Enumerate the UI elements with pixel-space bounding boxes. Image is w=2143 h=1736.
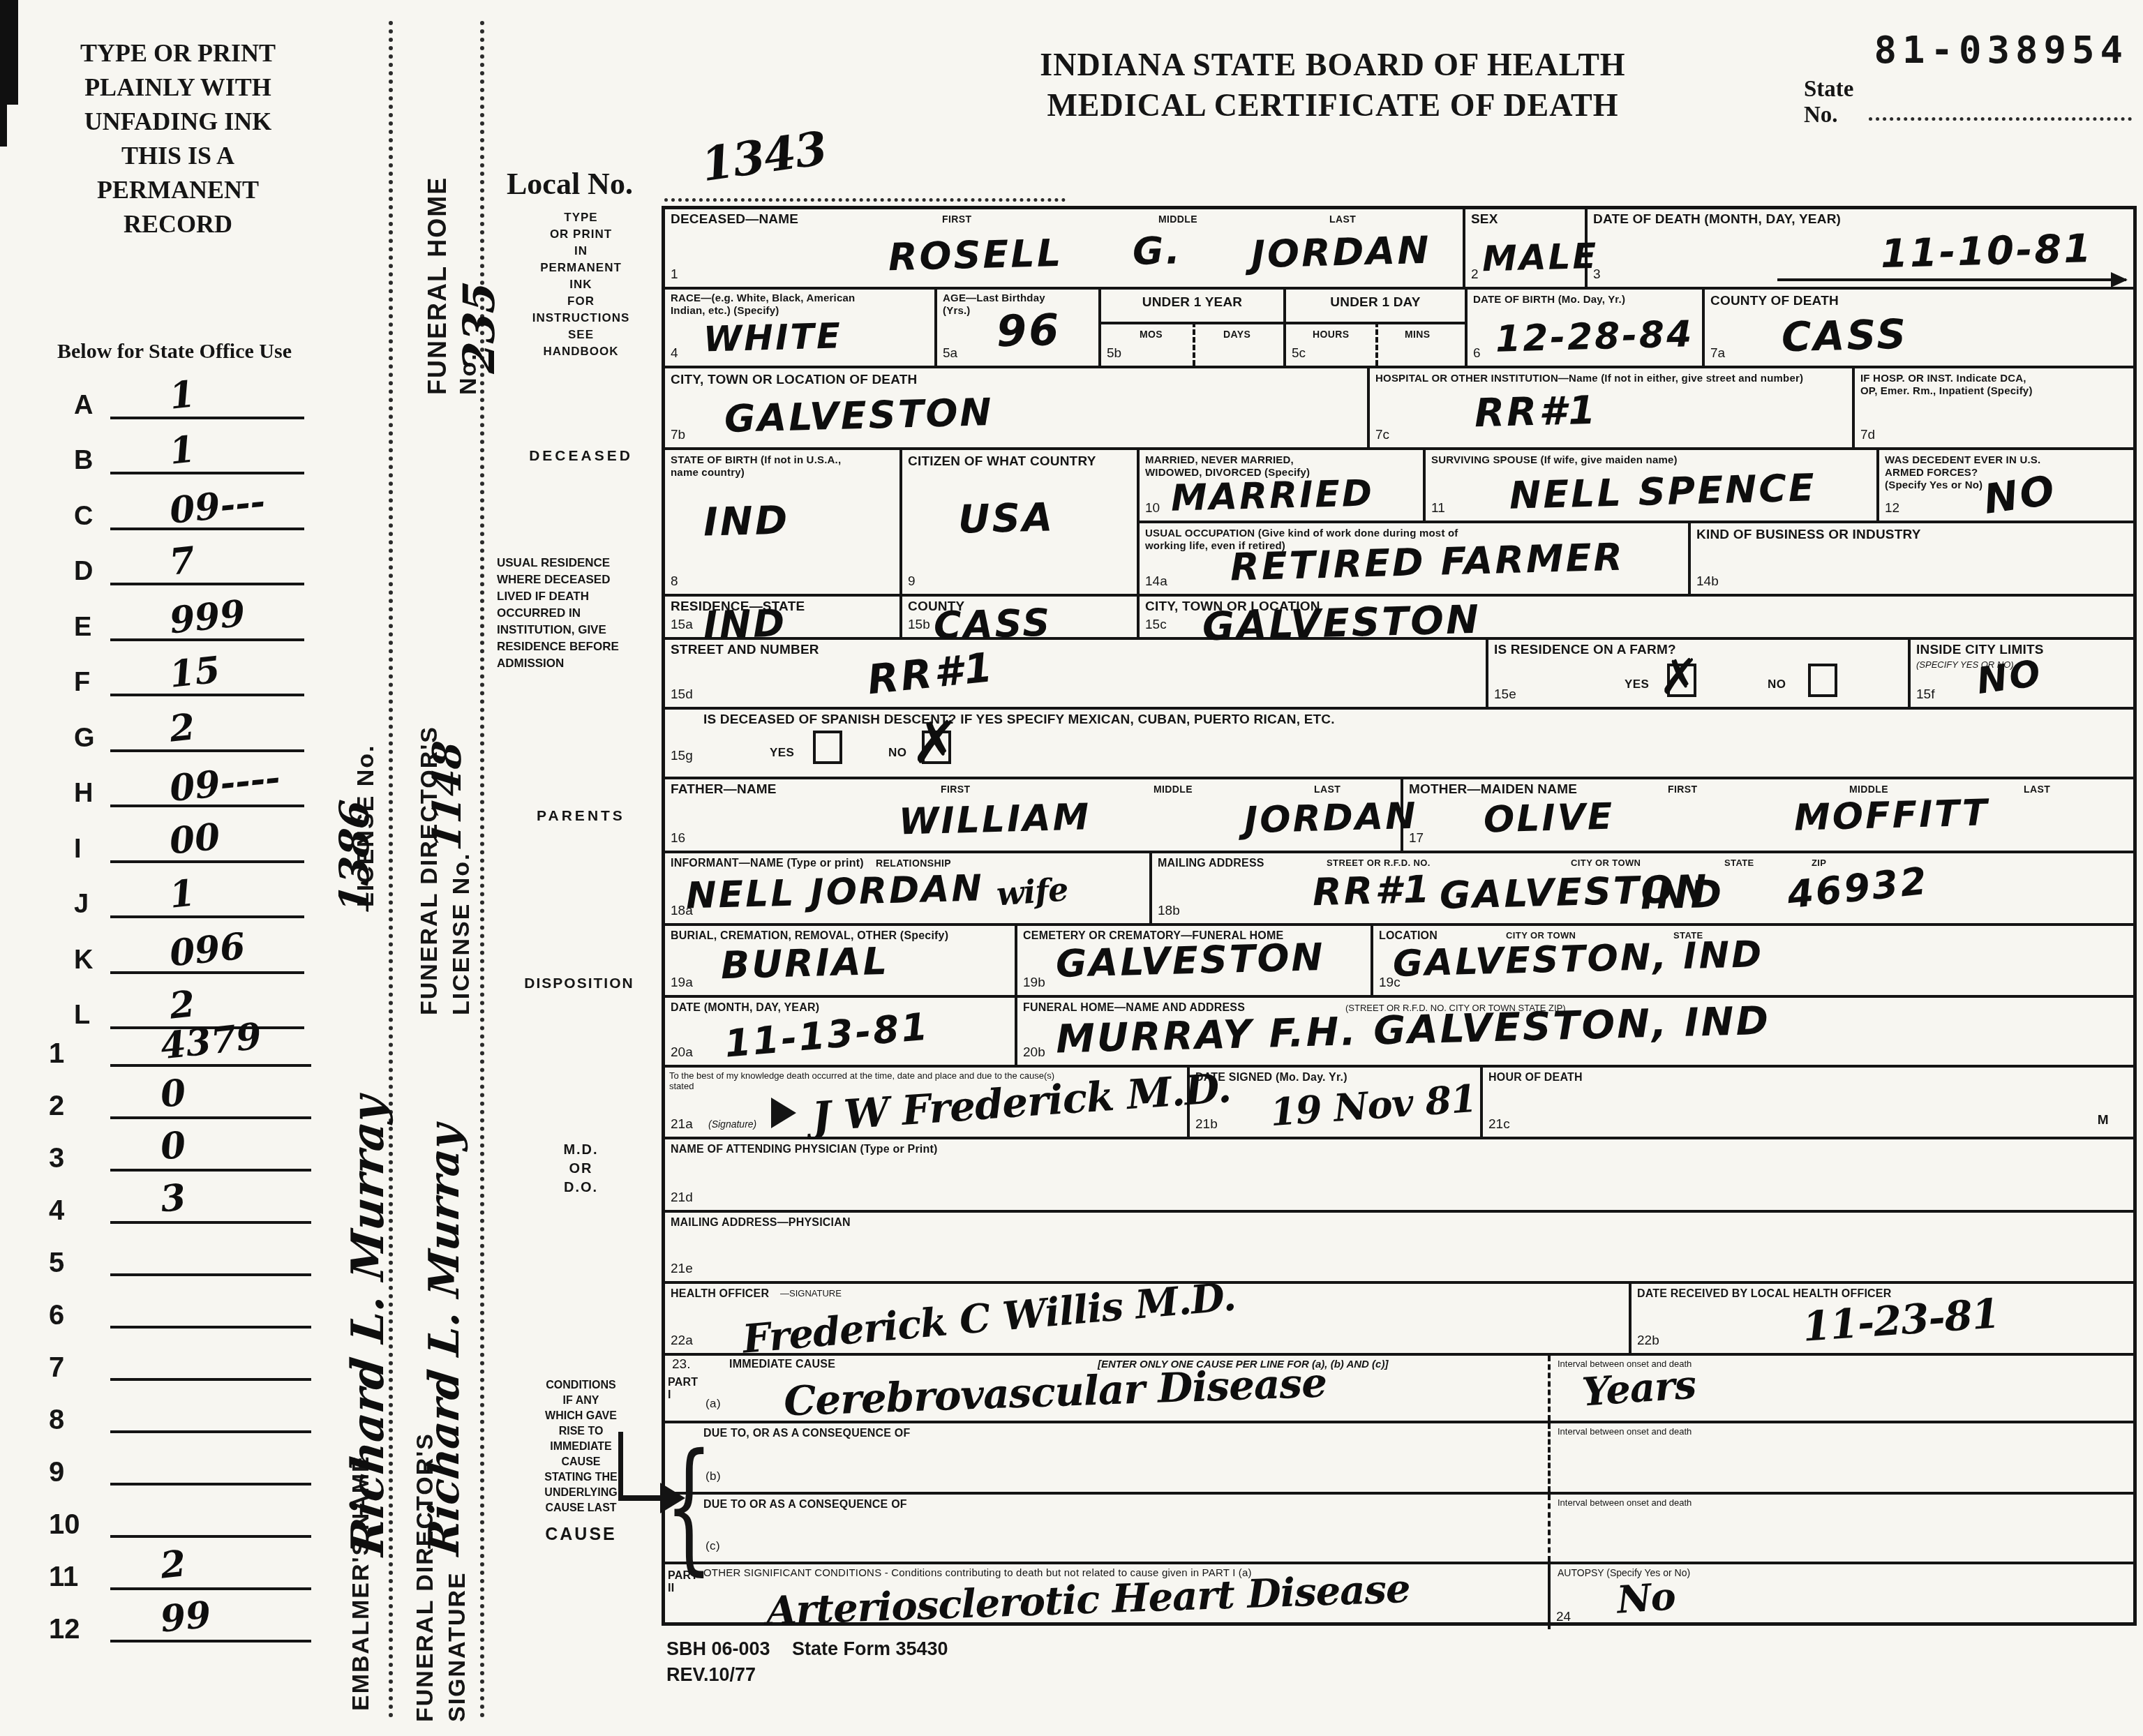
autopsy-column: AUTOPSY (Specify Yes or No) 24 No bbox=[1548, 1564, 2133, 1629]
field-cause-b: DUE TO, OR AS A CONSEQUENCE OF (b) Inter… bbox=[665, 1423, 2133, 1495]
office-use-row: J1 bbox=[70, 873, 307, 929]
office-use-row-line bbox=[110, 1221, 311, 1224]
field-number: 5c bbox=[1292, 346, 1306, 361]
field-armed-forces: WAS DECEDENT EVER IN U.S. ARMED FORCES? … bbox=[1879, 450, 2133, 523]
middle-label: MIDDLE bbox=[1158, 214, 1197, 225]
sidebar-usual-residence: USUAL RESIDENCE WHERE DECEASED LIVED IF … bbox=[497, 555, 664, 672]
office-use-row-line bbox=[110, 417, 304, 419]
local-no-value: 1343 bbox=[698, 121, 830, 192]
citizen-label: CITIZEN OF WHAT COUNTRY bbox=[908, 454, 1117, 470]
spanish-yes-label: YES bbox=[770, 746, 794, 760]
page-title-line2: MEDICAL CERTIFICATE OF DEATH bbox=[893, 87, 1772, 124]
office-use-row: K096 bbox=[70, 928, 307, 984]
field-number: 18b bbox=[1158, 904, 1180, 919]
field-residence-state: RESIDENCE—STATE 15a IND bbox=[665, 597, 902, 640]
office-use-row-label: 10 bbox=[49, 1509, 80, 1541]
part1-label: PART I bbox=[668, 1377, 698, 1402]
funeral-home-label: FUNERAL HOME bbox=[423, 123, 452, 395]
sidebar-parents: PARENTS bbox=[499, 808, 663, 825]
cause-arrow-bar bbox=[618, 1495, 662, 1501]
field-number: 6 bbox=[1473, 346, 1481, 361]
field-cemetery: CEMETERY OR CREMATORY—FUNERAL HOME 19b G… bbox=[1017, 926, 1373, 998]
field-city-limits: INSIDE CITY LIMITS (SPECIFY YES OR NO) 1… bbox=[1911, 640, 2133, 710]
office-use-row: 5 bbox=[49, 1232, 314, 1285]
field-deceased-name: DECEASED—NAME FIRST MIDDLE LAST 1 ROSELL… bbox=[665, 209, 1465, 290]
spanish-yes-checkbox bbox=[813, 731, 842, 764]
office-use-row-value: 09---- bbox=[167, 756, 282, 810]
office-use-row-value: 00 bbox=[167, 815, 222, 862]
office-use-row-label: G bbox=[74, 724, 95, 754]
residence-city-value: GALVESTON bbox=[1202, 597, 1481, 650]
office-use-row-value: 0 bbox=[158, 1071, 188, 1116]
location-value: GALVESTON, IND bbox=[1392, 934, 1764, 985]
field-number: 21c bbox=[1488, 1117, 1510, 1132]
mother-label: MOTHER—MAIDEN NAME bbox=[1409, 782, 1577, 798]
field-location: LOCATION CITY OR TOWN STATE 19c GALVESTO… bbox=[1373, 926, 2133, 998]
field-marital-status: MARRIED, NEVER MARRIED, WIDOWED, DIVORCE… bbox=[1140, 450, 1426, 523]
field-father-name: FATHER—NAME FIRST MIDDLE LAST 16 WILLIAM… bbox=[665, 779, 1403, 853]
state-office-use-label: Below for State Office Use bbox=[28, 340, 321, 364]
office-use-row-line bbox=[110, 915, 304, 918]
office-use-row-label: C bbox=[74, 502, 93, 532]
middle-label: MIDDLE bbox=[1153, 784, 1193, 795]
office-use-row-value: 096 bbox=[167, 925, 247, 975]
cemetery-value: GALVESTON bbox=[1055, 935, 1325, 986]
field-residence-county: COUNTY 15b CASS bbox=[902, 597, 1140, 640]
middle-name-value: G. bbox=[1132, 228, 1182, 274]
sidebar-cause: CAUSE bbox=[499, 1525, 663, 1545]
field-number: 16 bbox=[671, 831, 685, 846]
field-number: 19a bbox=[671, 975, 693, 991]
field-mother-name: MOTHER—MAIDEN NAME FIRST MIDDLE LAST 17 … bbox=[1403, 779, 2133, 853]
field-occupation: USUAL OCCUPATION (Give kind of work done… bbox=[1140, 523, 1691, 597]
field-number: 22a bbox=[671, 1333, 693, 1349]
field-number: 15f bbox=[1916, 687, 1934, 703]
field-other-conditions: PART II OTHER SIGNIFICANT CONDITIONS - C… bbox=[665, 1564, 2133, 1629]
field-number: 21b bbox=[1195, 1117, 1218, 1132]
county-of-death-value: CASS bbox=[1781, 310, 1909, 361]
health-officer-label: HEALTH OFFICER bbox=[671, 1287, 769, 1302]
burial-value: BURIAL bbox=[720, 939, 889, 987]
field-state-of-birth: STATE OF BIRTH (If not in U.S.A., name c… bbox=[665, 450, 902, 597]
office-use-row-label: F bbox=[74, 668, 90, 698]
field-number: 21a bbox=[671, 1117, 693, 1132]
hours-label: HOURS bbox=[1313, 329, 1350, 340]
age-value: 96 bbox=[996, 304, 1061, 357]
office-use-row-label: A bbox=[74, 391, 93, 421]
zip-label: ZIP bbox=[1812, 858, 1826, 868]
interval-label: Interval between onset and death bbox=[1558, 1497, 1692, 1508]
office-use-row: F15 bbox=[70, 651, 307, 707]
under-1-day-label: UNDER 1 DAY bbox=[1286, 295, 1465, 310]
field-immediate-cause: 23. PART I IMMEDIATE CAUSE [ENTER ONLY O… bbox=[665, 1356, 2133, 1423]
office-use-row-label: 7 bbox=[49, 1352, 64, 1384]
local-no-line bbox=[664, 198, 1066, 202]
sidebar-deceased: DECEASED bbox=[499, 448, 663, 465]
field-number: 9 bbox=[908, 574, 916, 590]
informant-value: NELL JORDAN bbox=[685, 867, 984, 917]
field-number: 2 bbox=[1471, 267, 1479, 283]
office-use-row-label: 5 bbox=[49, 1248, 64, 1279]
office-use-row-value: 09--- bbox=[167, 480, 267, 532]
burial-date-label: DATE (MONTH, DAY, YEAR) bbox=[671, 1001, 819, 1016]
cause-a-value: Cerebrovascular Disease bbox=[783, 1359, 1327, 1425]
office-use-row-value: 999 bbox=[167, 592, 247, 642]
citizen-value: USA bbox=[957, 495, 1055, 543]
sidebar-md-do: M.D. OR D.O. bbox=[499, 1141, 663, 1197]
field-spanish-descent: IS DECEASED OF SPANISH DESCENT? IF YES S… bbox=[665, 710, 2133, 779]
office-use-row-value: 1 bbox=[167, 428, 197, 472]
hour-m-label: M bbox=[2098, 1113, 2109, 1128]
deceased-name-label: DECEASED—NAME bbox=[671, 212, 798, 227]
days-label: DAYS bbox=[1223, 329, 1250, 340]
field-number: 7b bbox=[671, 428, 685, 443]
interval-label: Interval between onset and death bbox=[1558, 1426, 1692, 1437]
field-number: 15c bbox=[1145, 618, 1167, 633]
informant-label: INFORMANT—NAME (Type or print) bbox=[671, 856, 864, 871]
office-use-row-label: 3 bbox=[49, 1143, 64, 1174]
mailing-street-value: RR#1 bbox=[1312, 867, 1432, 914]
office-use-row-value: 2 bbox=[158, 1542, 188, 1587]
page-title-line1: INDIANA STATE BOARD OF HEALTH bbox=[893, 46, 1772, 83]
office-use-row-line bbox=[110, 472, 304, 474]
office-use-row: 43 bbox=[49, 1180, 314, 1232]
office-use-row: A1 bbox=[70, 373, 307, 429]
cause-arrow-stem bbox=[618, 1432, 623, 1500]
field-hour-of-death: HOUR OF DEATH 21c M bbox=[1483, 1068, 2133, 1139]
office-use-row-label: I bbox=[74, 835, 82, 865]
physician-address-label: MAILING ADDRESS—PHYSICIAN bbox=[671, 1215, 851, 1231]
city-of-death-label: CITY, TOWN OR LOCATION OF DEATH bbox=[671, 373, 917, 388]
office-use-letter-rows: A1B1C09---D7E999F15G2H09----I00J1K096L2 bbox=[70, 373, 307, 1039]
mins-label: MINS bbox=[1405, 329, 1431, 340]
form-code: SBH 06-003 bbox=[666, 1638, 770, 1660]
embalmer-name-value: Richard L. Murray bbox=[342, 1093, 394, 1558]
form-revision: REV.10/77 bbox=[666, 1664, 756, 1686]
embalmer-license-value: 1386 bbox=[331, 798, 378, 916]
father-label: FATHER—NAME bbox=[671, 782, 777, 798]
field-citizen: CITIZEN OF WHAT COUNTRY 9 USA bbox=[902, 450, 1140, 597]
field-funeral-home: FUNERAL HOME—NAME AND ADDRESS (STREET OR… bbox=[1017, 998, 2133, 1068]
farm-yes-checkmark: ✗ bbox=[1659, 648, 1700, 705]
arrow-line bbox=[1777, 278, 2126, 281]
field-number: 7d bbox=[1860, 428, 1875, 443]
office-use-row: 6 bbox=[49, 1285, 314, 1337]
funeral-director-license-value: 1148 bbox=[424, 739, 470, 853]
office-use-row: 14379 bbox=[49, 1023, 314, 1075]
print-notice: TYPE OR PRINT PLAINLY WITH UNFADING INK … bbox=[38, 36, 318, 241]
office-use-row-label: 4 bbox=[49, 1195, 64, 1227]
farm-no-label: NO bbox=[1768, 678, 1786, 691]
last-name-value: JORDAN bbox=[1250, 228, 1431, 277]
first-name-value: ROSELL bbox=[888, 231, 1063, 280]
mailing-label: MAILING ADDRESS bbox=[1158, 856, 1264, 871]
health-officer-sub: —SIGNATURE bbox=[780, 1288, 842, 1299]
interval-column: Interval between onset and death bbox=[1548, 1495, 2133, 1562]
field-number: 15d bbox=[671, 687, 693, 703]
office-use-row-value: 4379 bbox=[158, 1015, 263, 1068]
office-use-row-label: 2 bbox=[49, 1091, 64, 1122]
office-use-row-label: E bbox=[74, 613, 91, 643]
business-label: KIND OF BUSINESS OR INDUSTRY bbox=[1696, 527, 1921, 543]
field-sex: SEX 2 MALE bbox=[1465, 209, 1588, 290]
father-last-value: JORDAN bbox=[1244, 795, 1418, 841]
office-use-row-line bbox=[110, 1430, 311, 1433]
armed-forces-value: NO bbox=[1981, 466, 2059, 523]
autopsy-value: No bbox=[1615, 1573, 1677, 1622]
residence-county-value: CASS bbox=[933, 601, 1052, 648]
field-date-signed: DATE SIGNED (Mo. Day. Yr.) 21b 19 Nov 81 bbox=[1190, 1068, 1483, 1139]
office-use-row-value: 1 bbox=[167, 373, 197, 417]
field-number: 12 bbox=[1885, 501, 1899, 516]
office-use-row-label: 9 bbox=[49, 1457, 64, 1488]
field-date-of-birth: DATE OF BIRTH (Mo. Day, Yr.) 6 12-28-84 bbox=[1468, 290, 1705, 368]
date-of-birth-value: 12-28-84 bbox=[1495, 313, 1694, 360]
office-use-row-label: B bbox=[74, 446, 93, 476]
office-use-row-line bbox=[110, 1273, 311, 1276]
city-of-death-value: GALVESTON bbox=[724, 390, 994, 441]
mother-first-value: OLIVE bbox=[1483, 796, 1615, 841]
field-mailing-address: MAILING ADDRESS STREET OR R.F.D. NO. CIT… bbox=[1152, 853, 2133, 926]
office-use-row-label: D bbox=[74, 557, 93, 587]
field-if-hosp: IF HOSP. OR INST. Indicate DCA, OP, Emer… bbox=[1855, 368, 2133, 450]
informant-relationship-value: wife bbox=[995, 871, 1069, 913]
field-street: STREET AND NUMBER 15d RR#1 bbox=[665, 640, 1488, 710]
office-use-row: 30 bbox=[49, 1128, 314, 1180]
office-use-row-value: 1 bbox=[167, 871, 197, 916]
office-use-row: G2 bbox=[70, 706, 307, 762]
date-of-birth-label: DATE OF BIRTH (Mo. Day, Yr.) bbox=[1473, 294, 1625, 306]
field-certifier-signature: To the best of my knowledge death occurr… bbox=[665, 1068, 1190, 1139]
field-number: 14b bbox=[1696, 574, 1719, 590]
field-number: 5a bbox=[943, 346, 957, 361]
office-use-row-value: 99 bbox=[158, 1593, 213, 1640]
divider bbox=[1375, 322, 1378, 366]
mother-last-value: MOFFITT bbox=[1793, 792, 1989, 839]
office-use-number-rows: 1437920304356789101121299 bbox=[49, 1023, 314, 1651]
office-use-row-line bbox=[110, 1326, 311, 1329]
spouse-label: SURVIVING SPOUSE (If wife, give maiden n… bbox=[1431, 454, 1850, 467]
field-city-of-death: CITY, TOWN OR LOCATION OF DEATH 7b GALVE… bbox=[665, 368, 1370, 450]
office-use-row: E999 bbox=[70, 595, 307, 651]
field-burial: BURIAL, CREMATION, REMOVAL, OTHER (Speci… bbox=[665, 926, 1017, 998]
field-number: 14a bbox=[1145, 574, 1167, 590]
field-business: KIND OF BUSINESS OR INDUSTRY 14b bbox=[1691, 523, 2133, 597]
farm-no-checkbox bbox=[1808, 664, 1837, 697]
office-use-row: 8 bbox=[49, 1389, 314, 1442]
office-use-row: I00 bbox=[70, 817, 307, 873]
father-first-value: WILLIAM bbox=[898, 796, 1091, 843]
spanish-descent-label: IS DECEASED OF SPANISH DESCENT? IF YES S… bbox=[703, 712, 1541, 728]
office-use-row-line bbox=[110, 1116, 311, 1119]
field-number: 4 bbox=[671, 346, 678, 361]
office-use-row-line bbox=[110, 860, 304, 863]
office-use-row: 20 bbox=[49, 1075, 314, 1128]
field-date-of-death: DATE OF DEATH (MONTH, DAY, YEAR) 3 11-10… bbox=[1588, 209, 2133, 290]
field-number: 8 bbox=[671, 574, 678, 590]
local-no-label: Local No. bbox=[507, 166, 633, 202]
field-hospital: HOSPITAL OR OTHER INSTITUTION—Name (If n… bbox=[1370, 368, 1855, 450]
office-use-row-value: 15 bbox=[167, 648, 222, 696]
field-number: 15g bbox=[671, 749, 693, 764]
hospital-value: RR#1 bbox=[1474, 388, 1598, 437]
field-number: 24 bbox=[1556, 1610, 1571, 1625]
scan-artifact bbox=[0, 105, 7, 147]
first-label: FIRST bbox=[942, 214, 971, 225]
field-number: 15e bbox=[1494, 687, 1516, 703]
cause-a-interval-value: Years bbox=[1581, 1361, 1697, 1415]
sidebar-type-note: TYPE OR PRINT IN PERMANENT INK FOR INSTR… bbox=[499, 209, 663, 360]
state-of-birth-label: STATE OF BIRTH (If not in U.S.A., name c… bbox=[671, 454, 841, 479]
spanish-no-label: NO bbox=[888, 746, 906, 760]
city-limits-value: NO bbox=[1974, 652, 2045, 703]
spouse-value: NELL SPENCE bbox=[1509, 465, 1816, 517]
office-use-row-value: 0 bbox=[158, 1123, 188, 1168]
office-use-row: 9 bbox=[49, 1442, 314, 1494]
county-of-death-label: COUNTY OF DEATH bbox=[1710, 294, 1839, 309]
office-use-row-line bbox=[110, 1535, 311, 1538]
field-number: 10 bbox=[1145, 501, 1160, 516]
funeral-home-no-value: 235 bbox=[454, 280, 505, 375]
field-number: 20a bbox=[671, 1045, 693, 1061]
office-use-row-line bbox=[110, 1483, 311, 1486]
last-label: LAST bbox=[1329, 214, 1356, 225]
field-physician-address: MAILING ADDRESS—PHYSICIAN 21e bbox=[665, 1213, 2133, 1284]
office-use-row-line bbox=[110, 583, 304, 585]
date-of-death-value: 11-10-81 bbox=[1880, 226, 2093, 277]
death-certificate-scan: 81-038954 INDIANA STATE BOARD OF HEALTH … bbox=[0, 0, 2143, 1736]
cause-arrow-head bbox=[660, 1483, 685, 1513]
field-health-officer: HEALTH OFFICER —SIGNATURE 22a Frederick … bbox=[665, 1284, 1631, 1356]
field-number: 5b bbox=[1107, 346, 1121, 361]
residence-state-value: IND bbox=[703, 601, 787, 647]
office-use-row-value: 2 bbox=[167, 982, 197, 1027]
hospital-label: HOSPITAL OR OTHER INSTITUTION—Name (If n… bbox=[1375, 373, 1836, 385]
last-label: LAST bbox=[1314, 784, 1341, 795]
certificate-form: DECEASED—NAME FIRST MIDDLE LAST 1 ROSELL… bbox=[662, 206, 2137, 1626]
street-value: RR#1 bbox=[865, 643, 996, 704]
field-number: 1 bbox=[671, 267, 678, 283]
mos-label: MOS bbox=[1140, 329, 1163, 340]
last-label: LAST bbox=[2024, 784, 2050, 795]
office-use-row-line bbox=[110, 749, 304, 752]
field-county-of-death: COUNTY OF DEATH 7a CASS bbox=[1705, 290, 2133, 368]
office-use-row-line bbox=[110, 1169, 311, 1172]
field-attending-physician: NAME OF ATTENDING PHYSICIAN (Type or Pri… bbox=[665, 1139, 2133, 1213]
farm-yes-label: YES bbox=[1625, 678, 1649, 691]
field-farm: IS RESIDENCE ON A FARM? 15e YES ✗ NO bbox=[1488, 640, 1911, 710]
farm-label: IS RESIDENCE ON A FARM? bbox=[1494, 643, 1676, 658]
field-number: 21d bbox=[671, 1190, 693, 1206]
mailing-zip-value: 46932 bbox=[1785, 859, 1930, 918]
office-use-row-value: 3 bbox=[158, 1176, 188, 1220]
city-town-label: CITY OR TOWN bbox=[1571, 858, 1641, 868]
scan-artifact bbox=[0, 0, 18, 105]
under-1-year-label: UNDER 1 YEAR bbox=[1101, 295, 1283, 310]
cause-a-label: (a) bbox=[705, 1397, 721, 1411]
middle-label: MIDDLE bbox=[1849, 784, 1888, 795]
field-date-received: DATE RECEIVED BY LOCAL HEALTH OFFICER 22… bbox=[1631, 1284, 2133, 1356]
field-number: 22b bbox=[1637, 1333, 1659, 1349]
field-surviving-spouse: SURVIVING SPOUSE (If wife, give maiden n… bbox=[1426, 450, 1879, 523]
office-use-row-label: H bbox=[74, 779, 93, 809]
marital-value: MARRIED bbox=[1170, 472, 1375, 520]
certificate-stamp-number: 81-038954 bbox=[1724, 28, 2128, 72]
field-number: 20b bbox=[1023, 1045, 1045, 1061]
field-number: 11 bbox=[1431, 501, 1445, 516]
office-use-row: 1299 bbox=[49, 1599, 314, 1651]
relationship-label: RELATIONSHIP bbox=[876, 858, 951, 869]
if-hosp-label: IF HOSP. OR INST. Indicate DCA, OP, Emer… bbox=[1860, 373, 2033, 398]
office-use-row-label: J bbox=[74, 890, 89, 920]
state-no-label: State No. bbox=[1804, 77, 1853, 128]
field-age: AGE—Last Birthday (Yrs.) 5a 96 bbox=[937, 290, 1101, 368]
field-under-1-day: UNDER 1 DAY HOURS MINS 5c bbox=[1286, 290, 1468, 368]
field-burial-date: DATE (MONTH, DAY, YEAR) 20a 11-13-81 bbox=[665, 998, 1017, 1068]
field-number: 19b bbox=[1023, 975, 1045, 991]
office-use-row: H09---- bbox=[70, 762, 307, 818]
due-to-label: DUE TO, OR AS A CONSEQUENCE OF bbox=[703, 1426, 910, 1442]
office-use-row-label: 8 bbox=[49, 1405, 64, 1436]
due-to-label: DUE TO OR AS A CONSEQUENCE OF bbox=[703, 1497, 907, 1513]
office-use-row: 10 bbox=[49, 1494, 314, 1546]
field-number: 21e bbox=[671, 1262, 693, 1277]
office-use-row-label: 12 bbox=[49, 1614, 80, 1645]
state-no-line bbox=[1869, 117, 2132, 121]
interval-column: Interval between onset and death bbox=[1548, 1423, 2133, 1492]
sex-value: MALE bbox=[1481, 236, 1599, 279]
sex-label: SEX bbox=[1471, 212, 1498, 227]
office-use-row-line bbox=[110, 1587, 311, 1590]
office-use-row-label: K bbox=[74, 945, 93, 975]
office-use-row-label: 1 bbox=[49, 1038, 64, 1070]
field-number: 7c bbox=[1375, 428, 1389, 443]
field-number: 15b bbox=[908, 618, 930, 633]
office-use-row: 112 bbox=[49, 1546, 314, 1599]
sidebar-disposition: DISPOSITION bbox=[492, 975, 666, 992]
field-cause-c: DUE TO OR AS A CONSEQUENCE OF (c) Interv… bbox=[665, 1495, 2133, 1564]
office-use-row-line bbox=[110, 1640, 311, 1643]
signature-label: (Signature) bbox=[708, 1118, 756, 1130]
office-use-row-value: 7 bbox=[167, 539, 197, 583]
field-number: 23. bbox=[672, 1357, 690, 1372]
state-of-birth-value: IND bbox=[703, 497, 790, 545]
hour-of-death-label: HOUR OF DEATH bbox=[1488, 1070, 1583, 1086]
office-use-row-label: 6 bbox=[49, 1300, 64, 1331]
office-use-row: C09--- bbox=[70, 484, 307, 540]
spanish-no-checkmark: ✗ bbox=[911, 708, 960, 777]
office-use-row-line bbox=[110, 694, 304, 696]
interval-column: Interval between onset and death Years bbox=[1548, 1356, 2133, 1421]
divider bbox=[1193, 322, 1195, 366]
date-of-death-label: DATE OF DEATH (MONTH, DAY, YEAR) bbox=[1593, 212, 1841, 227]
signature-pointer bbox=[771, 1098, 796, 1128]
first-label: FIRST bbox=[1668, 784, 1697, 795]
field-number: 7a bbox=[1710, 346, 1725, 361]
field-residence-city: CITY, TOWN OR LOCATION 15c GALVESTON bbox=[1140, 597, 2133, 640]
first-label: FIRST bbox=[941, 784, 970, 795]
office-use-row-line bbox=[110, 1064, 311, 1067]
funeral-director-signature-value: Richard L. Murray bbox=[420, 1122, 469, 1557]
field-number: 15a bbox=[671, 618, 693, 633]
office-use-row: 7 bbox=[49, 1337, 314, 1389]
mailing-state-value: IND bbox=[1640, 871, 1724, 918]
race-label: RACE—(e.g. White, Black, American Indian… bbox=[671, 292, 855, 317]
field-informant: INFORMANT—NAME (Type or print) RELATIONS… bbox=[665, 853, 1152, 926]
occupation-value: RETIRED FARMER bbox=[1230, 535, 1625, 590]
state-label: STATE bbox=[1724, 858, 1754, 868]
field-under-1-year: UNDER 1 YEAR MOS DAYS 5b bbox=[1101, 290, 1286, 368]
